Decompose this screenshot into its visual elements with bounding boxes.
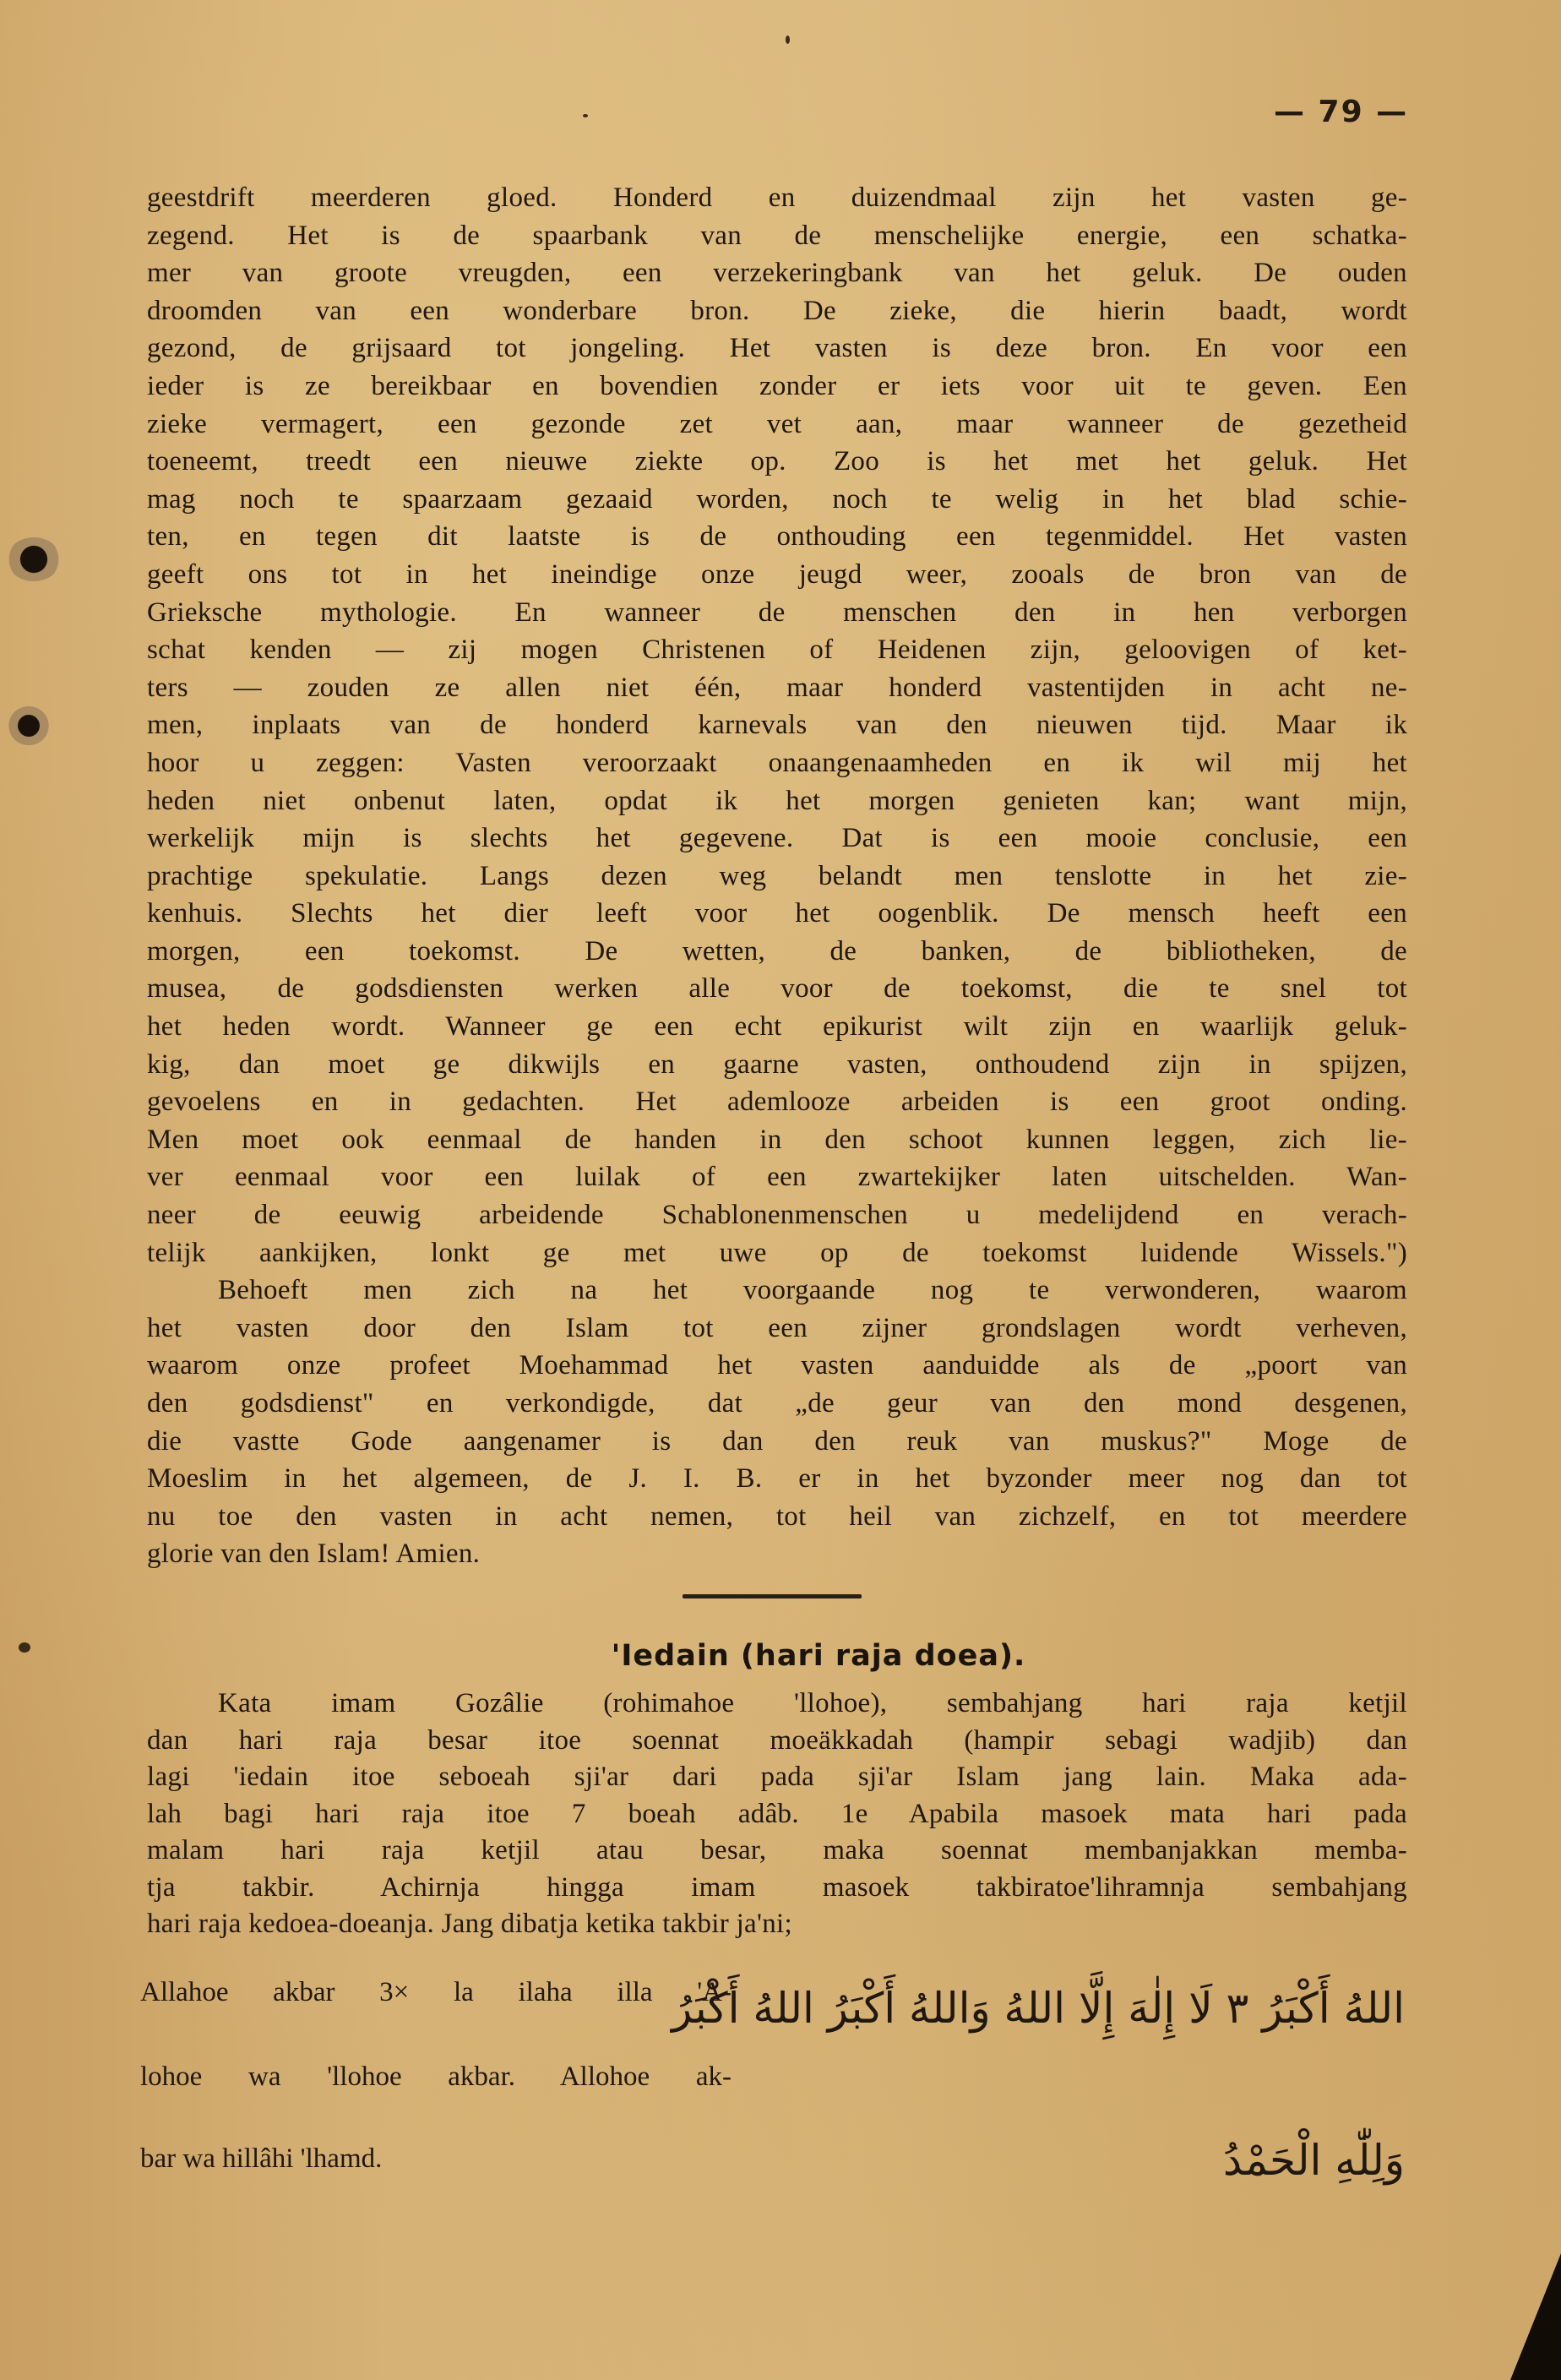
text-line: hoor u zeggen: Vasten veroorzaakt onaang… [147, 744, 1407, 782]
text-line: mer van groote vreugden, een verzekering… [147, 254, 1407, 292]
text-line: Men moet ook eenmaal de handen in den sc… [147, 1121, 1407, 1159]
text-line: morgen, een toekomst. De wetten, de bank… [147, 933, 1407, 971]
text-line: lah bagi hari raja itoe 7 boeah adâb. 1e… [147, 1796, 1407, 1833]
text-line: schat kenden — zij mogen Christenen of H… [147, 631, 1407, 669]
transliteration-line: Allahoe akbar 3× la ilaha illa 'A- [140, 1977, 732, 2008]
text-line: zegend. Het is de spaarbank van de mensc… [147, 217, 1407, 255]
text-line: die vastte Gode aangenamer is dan den re… [147, 1423, 1407, 1461]
text-line: ten, en tegen dit laatste is de onthoudi… [147, 518, 1407, 556]
text-line: geestdrift meerderen gloed. Honderd en d… [147, 179, 1407, 217]
text-line: mag noch te spaarzaam gezaaid worden, no… [147, 481, 1407, 519]
text-line: waarom onze profeet Moehammad het vasten… [147, 1347, 1407, 1385]
text-line: heden niet onbenut laten, opdat ik het m… [147, 782, 1407, 820]
text-line: nu toe den vasten in acht nemen, tot hei… [147, 1498, 1407, 1536]
text-line: toeneemt, treedt een nieuwe ziekte op. Z… [147, 443, 1407, 481]
text-line: zieke vermagert, een gezonde zet vet aan… [147, 406, 1407, 444]
page-edge-shadow [1510, 2253, 1561, 2380]
text-line: kig, dan moet ge dikwijls en gaarne vast… [147, 1046, 1407, 1084]
text-line: Grieksche mythologie. En wanneer de mens… [147, 594, 1407, 632]
text-line: kenhuis. Slechts het dier leeft voor het… [147, 895, 1407, 933]
text-line: telijk aankijken, lonkt ge met uwe op de… [147, 1234, 1407, 1272]
text-line: het heden wordt. Wanneer ge een echt epi… [147, 1008, 1407, 1046]
text-line: prachtige spekulatie. Langs dezen weg be… [147, 858, 1407, 896]
text-line: lagi 'iedain itoe seboeah sji'ar dari pa… [147, 1759, 1407, 1796]
text-line: ver eenmaal voor een luilak of een zwart… [147, 1158, 1407, 1196]
text-line: musea, de godsdiensten werken alle voor … [147, 970, 1407, 1008]
text-line: den godsdienst" en verkondigde, dat „de … [147, 1385, 1407, 1423]
article-body-dutch: geestdrift meerderen gloed. Honderd en d… [147, 179, 1407, 1573]
text-line: gezond, de grijsaard tot jongeling. Het … [147, 329, 1407, 368]
paragraph-start-line: Behoeft men zich na het voorgaande nog t… [147, 1272, 1407, 1310]
text-line: malam hari raja ketjil atau besar, maka … [147, 1833, 1407, 1870]
text-line: hari raja kedoea-doeanja. Jang dibatja k… [147, 1906, 1407, 1943]
section-divider [683, 1594, 862, 1598]
article-body-malay: Kata imam Gozâlie (rohimahoe 'llohoe), s… [147, 1686, 1407, 1943]
text-line: gevoelens en in gedachten. Het ademlooze… [147, 1083, 1407, 1121]
text-line: ieder is ze bereikbaar en bovendien zond… [147, 368, 1407, 406]
text-line: werkelijk mijn is slechts het gegevene. … [147, 820, 1407, 858]
text-line: men, inplaats van de honderd karnevals v… [147, 706, 1407, 744]
paragraph-start-line: Kata imam Gozâlie (rohimahoe 'llohoe), s… [147, 1686, 1407, 1723]
text-line: Moeslim in het algemeen, de J. I. B. er … [147, 1460, 1407, 1498]
text-line: ters — zouden ze allen niet één, maar ho… [147, 669, 1407, 707]
text-line: glorie van den Islam! Amien. [147, 1535, 1407, 1573]
takbir-arabic-line: وَلِلّٰهِ الْحَمْدُ [1223, 2136, 1405, 2185]
text-line: het vasten door den Islam tot een zijner… [147, 1310, 1407, 1348]
text-line: dan hari raja besar itoe soennat moeäkka… [147, 1723, 1407, 1760]
text-line: geeft ons tot in het ineindige onze jeug… [147, 556, 1407, 594]
binding-hole-mark [7, 537, 61, 581]
text-line: tja takbir. Achirnja hingga imam masoek … [147, 1870, 1407, 1907]
binding-hole-mark [8, 706, 49, 745]
paper-speck [583, 114, 588, 117]
takbir-arabic-line: اللهُ أَكْبَرُ ٣ لَا إِلٰهَ إِلَّا اللهُ… [672, 1984, 1405, 2033]
transliteration-line: lohoe wa 'llohoe akbar. Allohoe ak- [140, 2061, 732, 2093]
text-line: neer de eeuwig arbeidende Schablonenmens… [147, 1196, 1407, 1234]
paper-speck [786, 35, 790, 44]
page-number: — 79 — [1274, 95, 1408, 129]
text-line: droomden van een wonderbare bron. De zie… [147, 292, 1407, 330]
transliteration-line: bar wa hillâhi 'lhamd. [140, 2143, 732, 2175]
section-heading: 'Iedain (hari raja doea). [0, 1639, 1561, 1673]
